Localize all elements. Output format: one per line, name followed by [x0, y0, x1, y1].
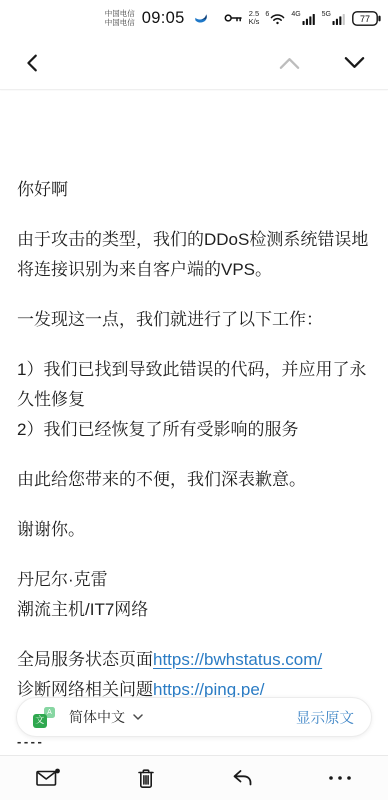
battery-icon: 77	[352, 11, 381, 26]
status-page-line: 全局服务状态页面https://bwhstatus.com/	[17, 645, 371, 675]
delete-button[interactable]	[97, 756, 194, 800]
clock: 09:05	[142, 9, 185, 28]
email-signature: 丹尼尔·克雷 潮流主机/IT7网络	[17, 565, 371, 625]
email-body: 你好啊 由于攻击的类型，我们的DDoS检测系统错误地将连接识别为来自客户端的VP…	[0, 91, 388, 755]
email-action-list: 1）我们已找到导致此错误的代码，并应用了永久性修复 2）我们已经恢复了所有受影响…	[17, 355, 371, 445]
show-original-button[interactable]: 显示原文	[296, 707, 354, 728]
carrier-name: 中国电信 中国电信	[105, 9, 135, 27]
battery-percent-text: 77	[360, 14, 370, 24]
email-nav-bar	[0, 36, 388, 90]
status-page-link[interactable]: https://bwhstatus.com/	[153, 650, 322, 669]
email-action-item-1: 1）我们已找到导致此错误的代码，并应用了永久性修复	[17, 355, 371, 415]
signal-bars-5g-icon: 5G	[322, 11, 346, 25]
network-speed: 2.5 K/s	[249, 10, 260, 27]
email-action-toolbar	[0, 755, 388, 800]
email-apology: 由此给您带来的不便，我们深表歉意。	[17, 465, 371, 495]
signature-separator: ----	[17, 734, 44, 749]
status-page-label: 全局服务状态页面	[17, 650, 153, 669]
email-thanks: 谢谢你。	[17, 515, 371, 545]
back-button[interactable]	[18, 48, 48, 78]
sender-company: 潮流主机/IT7网络	[17, 595, 371, 625]
more-button[interactable]	[291, 756, 388, 800]
translate-bar: A 文 简体中文 显示原文	[16, 697, 372, 737]
reply-button[interactable]	[194, 756, 291, 800]
next-email-button[interactable]	[339, 52, 370, 74]
translate-language-selector[interactable]: A 文 简体中文	[33, 707, 143, 728]
previous-email-button[interactable]	[274, 52, 305, 74]
email-paragraph-reason: 由于攻击的类型，我们的DDoS检测系统错误地将连接识别为来自客户端的VPS。	[17, 225, 371, 285]
chevron-down-icon	[133, 714, 143, 720]
mark-unread-button[interactable]	[0, 756, 97, 800]
translate-icon: A 文	[33, 707, 55, 728]
key-icon	[224, 12, 243, 24]
wifi-icon: 6	[265, 11, 285, 25]
swoosh-icon	[194, 12, 208, 25]
email-action-item-2: 2）我们已经恢复了所有受影响的服务	[17, 415, 371, 445]
status-bar: 中国电信 中国电信 09:05 2.5 K/s 6 4G	[0, 0, 388, 36]
email-footer-links: 全局服务状态页面https://bwhstatus.com/ 诊断网络相关问题h…	[17, 645, 371, 705]
translate-language-label: 简体中文	[69, 707, 125, 727]
sender-name: 丹尼尔·克雷	[17, 565, 371, 595]
email-greeting: 你好啊	[17, 175, 371, 205]
signal-bars-4g-icon: 4G	[291, 11, 315, 25]
email-paragraph-actions-intro: 一发现这一点，我们就进行了以下工作：	[17, 305, 371, 335]
